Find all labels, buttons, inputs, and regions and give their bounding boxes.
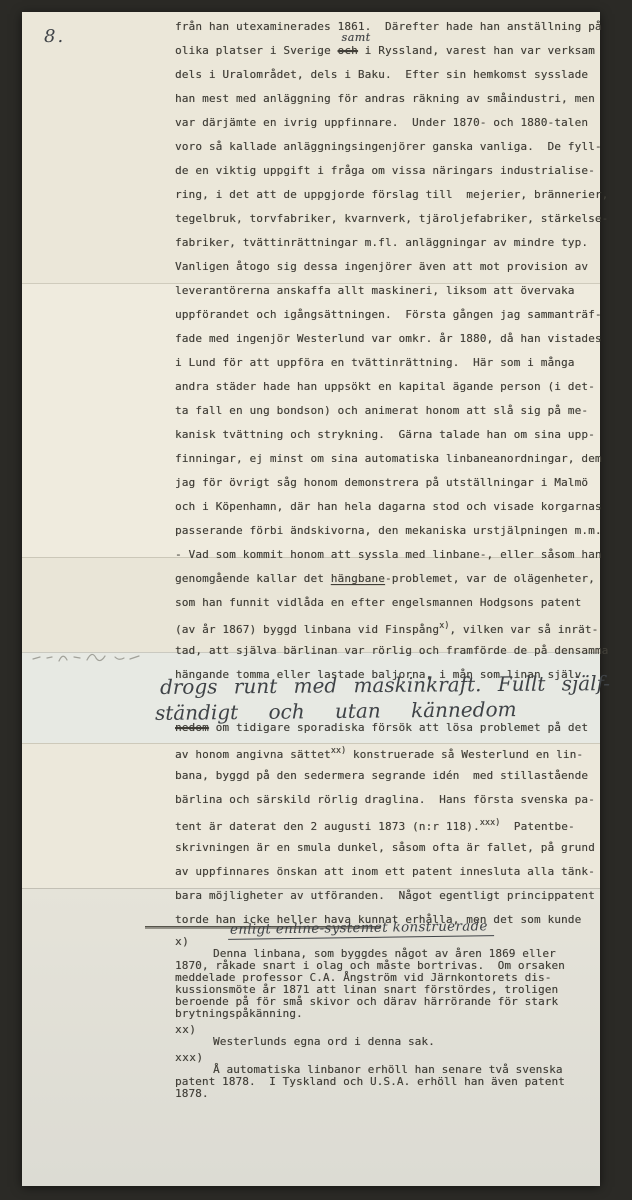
typed-line: voro så kallade anläggningsingenjörer ga… bbox=[175, 140, 602, 153]
typed-line: bana, byggd på den sedermera segrande id… bbox=[175, 769, 588, 782]
footnote-line: 1878. bbox=[175, 1088, 605, 1100]
margin-scribble bbox=[30, 648, 145, 666]
typed-line: - Vad som kommit honom att syssla med li… bbox=[175, 548, 602, 561]
typed-segment: skrivningen är en smula dunkel, såsom of… bbox=[175, 841, 595, 854]
typed-line: som han funnit vidlåda en efter engelsma… bbox=[175, 596, 581, 609]
typed-line: av honom angivna sättetxx) konstruerade … bbox=[175, 745, 583, 761]
footnote-line: brytningspåkänning. bbox=[175, 1008, 605, 1020]
typed-line: fade med ingenjör Westerlund var omkr. å… bbox=[175, 332, 602, 345]
typed-segment: olika platser i Sverige bbox=[175, 44, 338, 57]
typed-segment: finningar, ej minst om sina automatiska … bbox=[175, 452, 602, 465]
typed-segment: bärlina och särskild rörlig draglina. Ha… bbox=[175, 793, 595, 806]
typed-line: kanisk tvättning och strykning. Gärna ta… bbox=[175, 428, 595, 441]
typed-segment: fabriker, tvättinrättningar m.fl. anlägg… bbox=[175, 236, 588, 249]
typed-line: tad, att själva bärlinan var rörlig och … bbox=[175, 644, 608, 657]
typed-line: och i Köpenhamn, där han hela dagarna st… bbox=[175, 500, 602, 513]
typed-segment: av honom angivna sättet bbox=[175, 748, 331, 761]
typed-segment-sup: xx) bbox=[331, 746, 346, 756]
typed-line: i Lund för att uppföra en tvättinrättnin… bbox=[175, 356, 575, 369]
typed-segment: i Lund för att uppföra en tvättinrättnin… bbox=[175, 356, 575, 369]
typed-line: var därjämte en ivrig uppfinnare. Under … bbox=[175, 116, 588, 129]
typed-segment: i Ryssland, varest han var verksam bbox=[358, 44, 595, 57]
typed-segment: (av år 1867) byggd linbana vid Finspång bbox=[175, 623, 439, 636]
typed-segment: av uppfinnares önskan att inom ett paten… bbox=[175, 865, 595, 878]
typed-line: finningar, ej minst om sina automatiska … bbox=[175, 452, 602, 465]
typed-segment: bara möjligheter av utföranden. Något eg… bbox=[175, 889, 595, 902]
typed-segment: ta fall en ung bondson) och animerat hon… bbox=[175, 404, 588, 417]
typed-line: olika platser i Sverige ochsamt i Ryssla… bbox=[175, 44, 595, 57]
typed-line: (av år 1867) byggd linbana vid Finspångx… bbox=[175, 620, 598, 636]
typed-line: dels i Uralområdet, dels i Baku. Efter s… bbox=[175, 68, 588, 81]
typed-segment: var därjämte en ivrig uppfinnare. Under … bbox=[175, 116, 588, 129]
typed-line: Vanligen åtogo sig dessa ingenjörer även… bbox=[175, 260, 588, 273]
typed-segment: konstruerade så Westerlund en lin- bbox=[346, 748, 583, 761]
footnote: xxx)Å automatiska linbanor erhöll han se… bbox=[175, 1052, 605, 1100]
typed-segment: han mest med anläggning för andras räkni… bbox=[175, 92, 595, 105]
typed-line: de en viktig uppgift i fråga om vissa nä… bbox=[175, 164, 595, 177]
footnotes: x)Denna linbana, som byggdes något av år… bbox=[175, 936, 605, 1100]
footnote: xx)Westerlunds egna ord i denna sak. bbox=[175, 1024, 605, 1048]
typed-line: fabriker, tvättinrättningar m.fl. anlägg… bbox=[175, 236, 588, 249]
typed-line: genomgående kallar det hängbane-probleme… bbox=[175, 572, 595, 585]
typed-line: andra städer hade han uppsökt en kapital… bbox=[175, 380, 595, 393]
scan-background: 8. från han utexaminerades 1861. Därefte… bbox=[0, 0, 632, 1200]
typed-segment-sup: x) bbox=[439, 621, 449, 631]
handwritten-note-line-1: drogs runt med maskinkraft. Fullt själf- bbox=[160, 671, 610, 699]
typed-segment: kanisk tvättning och strykning. Gärna ta… bbox=[175, 428, 595, 441]
handwritten-note-line-2: ständigt och utan kännedom bbox=[155, 697, 517, 725]
typed-segment: ring, i det att de uppgjorde förslag til… bbox=[175, 188, 608, 201]
typed-segment: genomgående kallar det bbox=[175, 572, 331, 585]
typed-segment: -problemet, var de olägenheter, bbox=[385, 572, 595, 585]
typed-line: leverantörerna anskaffa allt maskineri, … bbox=[175, 284, 575, 297]
typed-segment: - Vad som kommit honom att syssla med li… bbox=[175, 548, 602, 561]
typed-segment: fade med ingenjör Westerlund var omkr. å… bbox=[175, 332, 602, 345]
typed-line: bara möjligheter av utföranden. Något eg… bbox=[175, 889, 595, 902]
typed-line: passerande förbi ändskivorna, den mekani… bbox=[175, 524, 602, 537]
typed-segment: Vanligen åtogo sig dessa ingenjörer även… bbox=[175, 260, 588, 273]
document-page: 8. från han utexaminerades 1861. Därefte… bbox=[22, 12, 600, 1185]
typed-segment: tent är daterat den 2 augusti 1873 (n:r … bbox=[175, 820, 480, 833]
typed-segment-sup: xxx) bbox=[480, 818, 500, 828]
typed-segment: de en viktig uppgift i fråga om vissa nä… bbox=[175, 164, 595, 177]
typed-segment: tegelbruk, torvfabriker, kvarnverk, tjär… bbox=[175, 212, 608, 225]
typed-segment: andra städer hade han uppsökt en kapital… bbox=[175, 380, 595, 393]
typed-line: han mest med anläggning för andras räkni… bbox=[175, 92, 595, 105]
typed-line: ta fall en ung bondson) och animerat hon… bbox=[175, 404, 588, 417]
footnote-line: patent 1878. I Tyskland och U.S.A. erhöl… bbox=[175, 1076, 605, 1088]
typed-segment: leverantörerna anskaffa allt maskineri, … bbox=[175, 284, 575, 297]
typed-line: tent är daterat den 2 augusti 1873 (n:r … bbox=[175, 817, 575, 833]
typed-segment: dels i Uralområdet, dels i Baku. Efter s… bbox=[175, 68, 588, 81]
footnote: x)Denna linbana, som byggdes något av år… bbox=[175, 936, 605, 1020]
typed-line: av uppfinnares önskan att inom ett paten… bbox=[175, 865, 595, 878]
typed-line: tegelbruk, torvfabriker, kvarnverk, tjär… bbox=[175, 212, 608, 225]
typed-segment: jag för övrigt såg honom demonstrera på … bbox=[175, 476, 588, 489]
typed-segment: som han funnit vidlåda en efter engelsma… bbox=[175, 596, 581, 609]
typed-segment: bana, byggd på den sedermera segrande id… bbox=[175, 769, 588, 782]
typed-segment: tad, att själva bärlinan var rörlig och … bbox=[175, 644, 608, 657]
typed-line: skrivningen är en smula dunkel, såsom of… bbox=[175, 841, 595, 854]
typed-segment: voro så kallade anläggningsingenjörer ga… bbox=[175, 140, 602, 153]
typed-segment: Patentbe- bbox=[500, 820, 575, 833]
typed-segment: och i Köpenhamn, där han hela dagarna st… bbox=[175, 500, 602, 513]
typed-segment: passerande förbi ändskivorna, den mekani… bbox=[175, 524, 602, 537]
typed-line: från han utexaminerades 1861. Därefter h… bbox=[175, 20, 602, 33]
typed-segment: uppförandet och igångsättningen. Första … bbox=[175, 308, 602, 321]
handwritten-correction: samt bbox=[342, 31, 371, 44]
typed-line: jag för övrigt såg honom demonstrera på … bbox=[175, 476, 588, 489]
typed-segment: från han utexaminerades 1861. Därefter h… bbox=[175, 20, 602, 33]
typed-segment-u: hängbane bbox=[331, 572, 385, 585]
typed-line: ring, i det att de uppgjorde förslag til… bbox=[175, 188, 608, 201]
typed-segment-strike: ochsamt bbox=[338, 44, 358, 57]
typed-segment: , vilken var så inrät- bbox=[449, 623, 598, 636]
typed-line: bärlina och särskild rörlig draglina. Ha… bbox=[175, 793, 595, 806]
typed-line: uppförandet och igångsättningen. Första … bbox=[175, 308, 602, 321]
footnote-line: Westerlunds egna ord i denna sak. bbox=[175, 1036, 605, 1048]
